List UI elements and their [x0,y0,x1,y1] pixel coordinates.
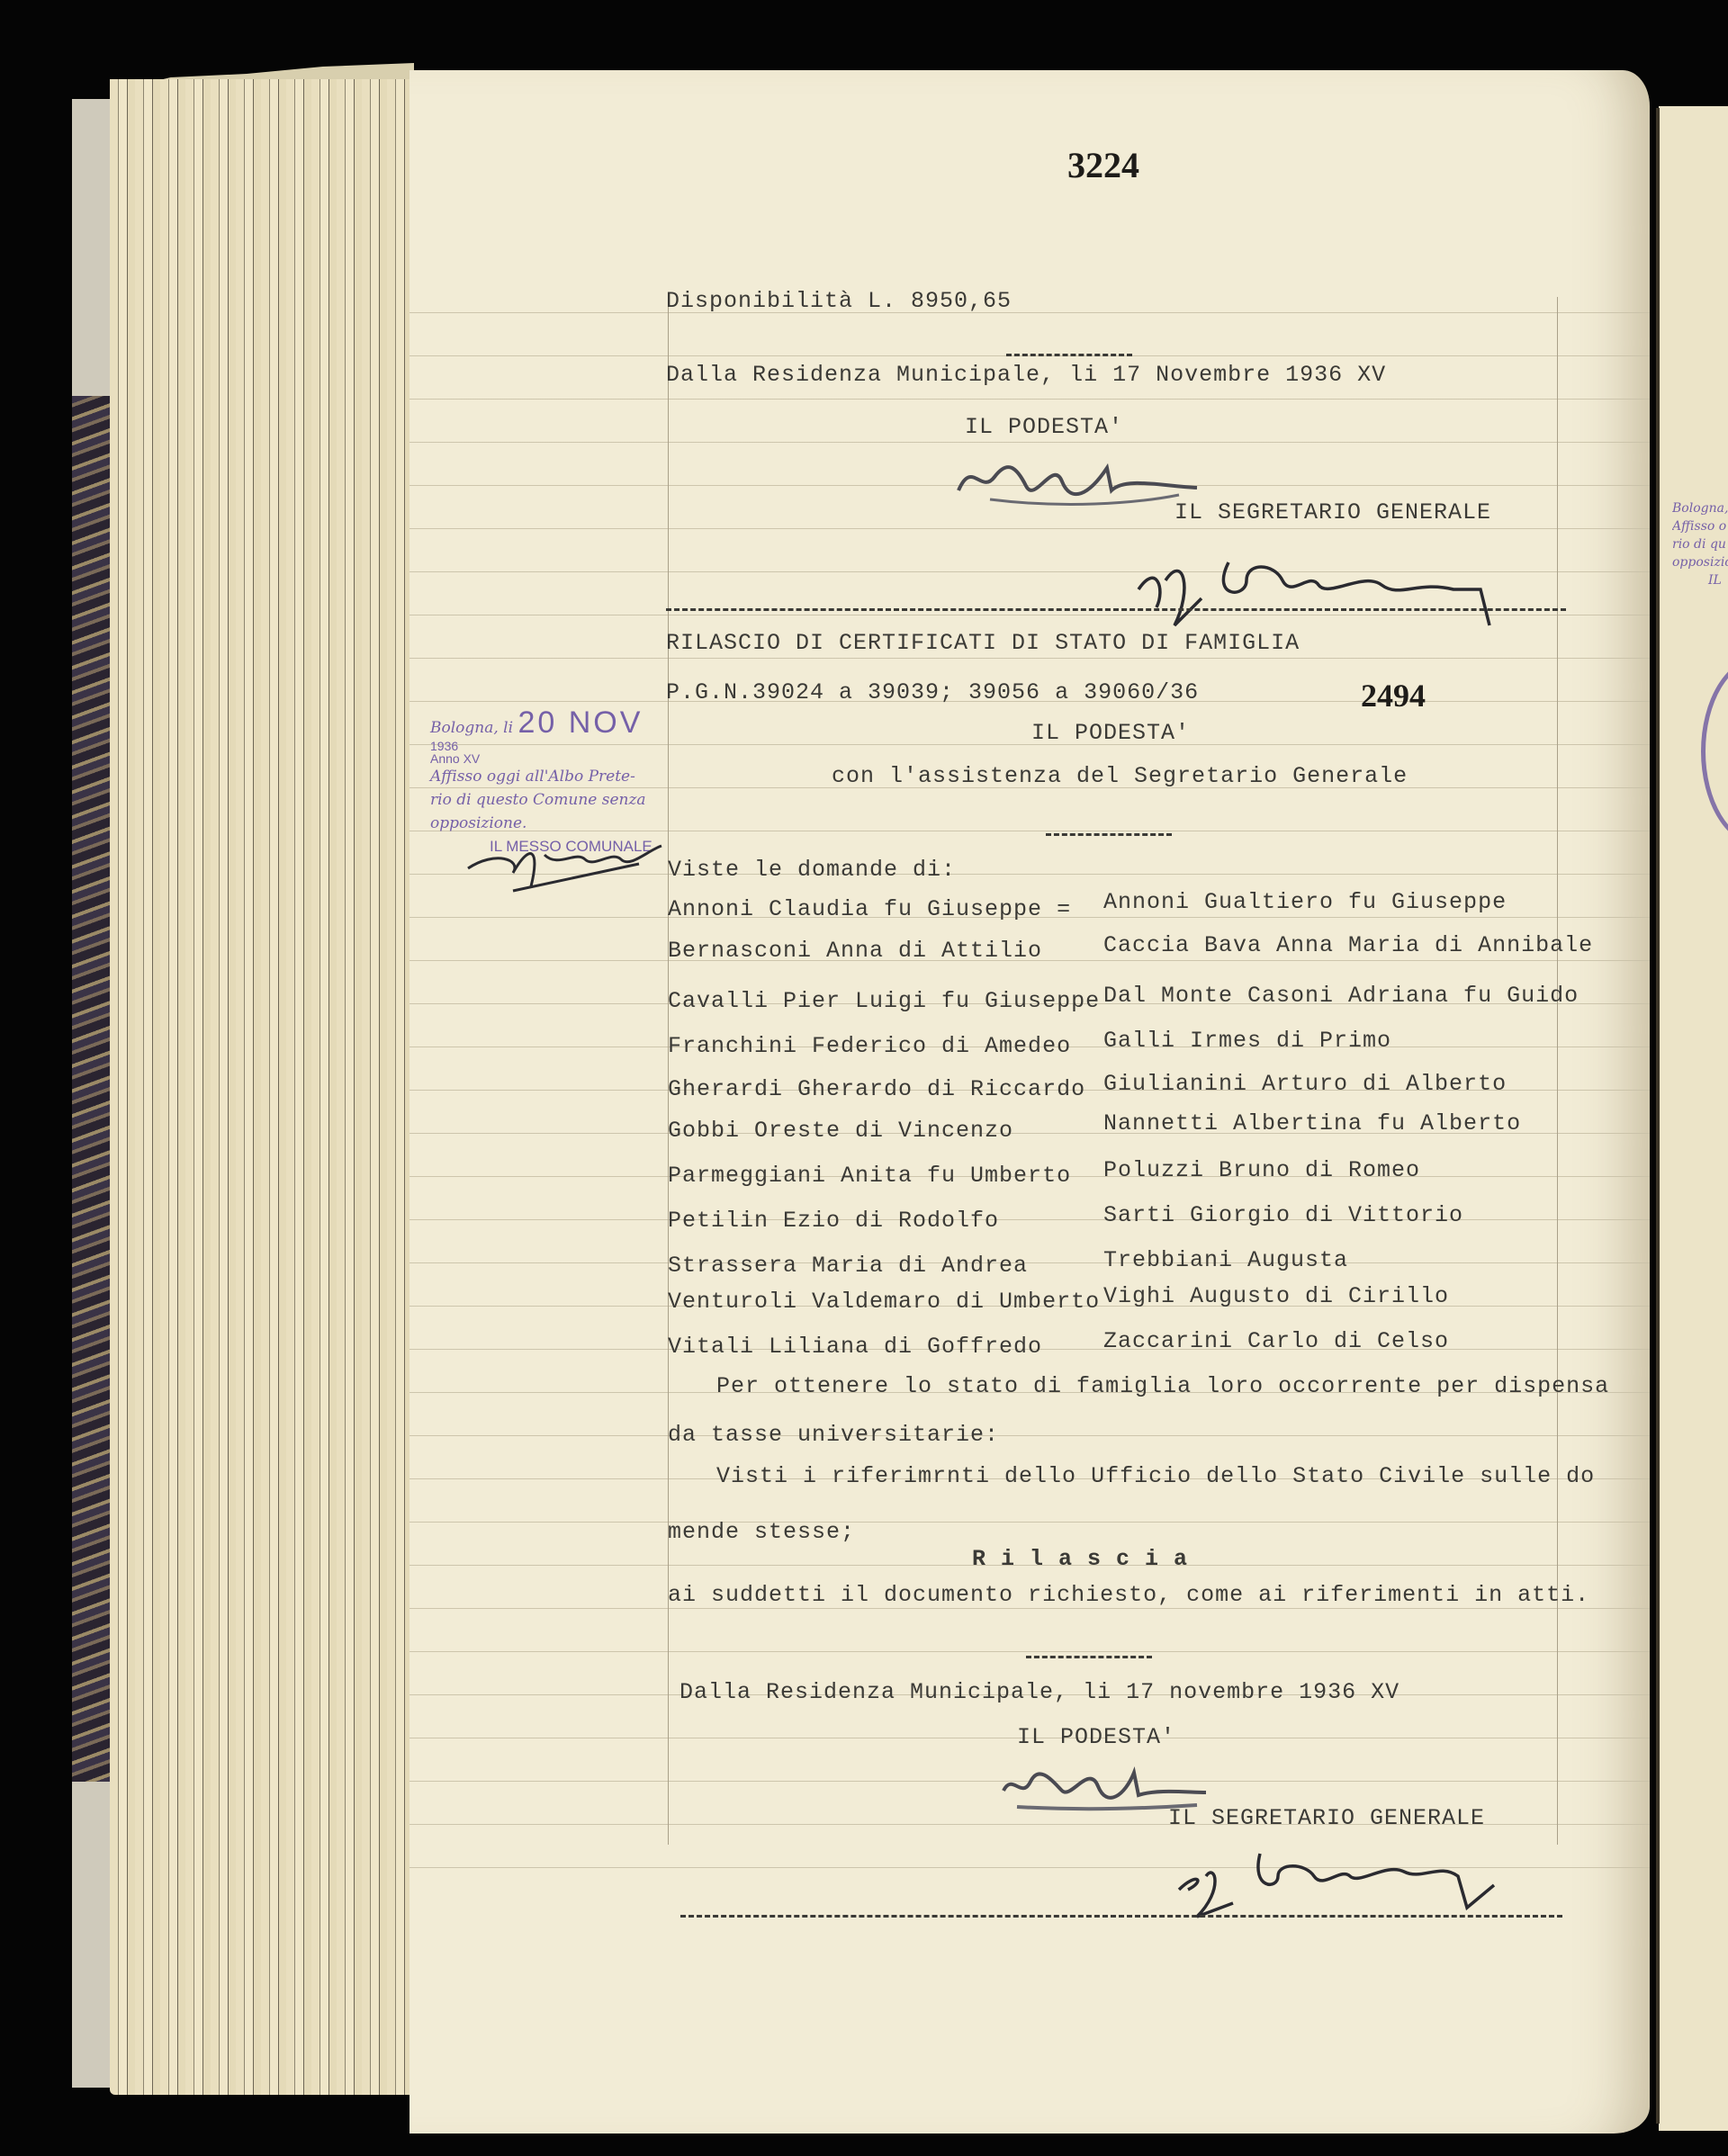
applicant-left: Gobbi Oreste di Vincenzo [668,1118,1013,1144]
applicant-right: Nannetti Albertina fu Alberto [1103,1110,1521,1136]
body-references-line-2: mende stesse; [668,1519,855,1545]
separator-dashes-2 [1046,833,1172,836]
separator-dashes [1006,354,1132,356]
facing-page-stamp: Bologna, Affisso o rio di qu opposizio I… [1672,499,1728,589]
closing-secretary-signature [1170,1836,1548,1926]
facing-stamp-line-2: Affisso o [1672,517,1728,535]
messenger-signature [459,832,675,895]
applicant-right: Annoni Gualtiero fu Giuseppe [1103,889,1507,915]
page-number: 3224 [1067,144,1139,186]
left-margin-rule [668,297,669,1845]
act-divider-dashes [666,608,1566,611]
applicant-left: Annoni Claudia fu Giuseppe = [668,896,1071,922]
right-margin-rule [1557,297,1558,1845]
secretary-signature [1129,535,1534,634]
prev-place-date: Dalla Residenza Municipale, li 17 Novemb… [666,362,1386,388]
stamp-date: 20 NOV [517,705,643,740]
page-stack [110,79,414,2095]
applicant-left: Franchini Federico di Amedeo [668,1033,1071,1059]
facing-stamp-line-3: rio di qu [1672,535,1728,553]
protocol-numbers: P.G.N.39024 a 39039; 39056 a 39060/36 [666,679,1199,705]
applicant-left: Venturoli Valdemaro di Umberto [668,1289,1100,1315]
applicant-left: Strassera Maria di Andrea [668,1253,1028,1279]
body-purpose-line-2: da tasse universitarie: [668,1422,999,1448]
closing-secretary-title: IL SEGRETARIO GENERALE [1168,1805,1485,1831]
applicant-left: Bernasconi Anna di Attilio [668,938,1042,964]
stamp-line-2: rio di questo Comune senza [430,788,664,812]
prev-secretary-title: IL SEGRETARIO GENERALE [1174,499,1491,526]
closing-place-date: Dalla Residenza Municipale, li 17 novemb… [679,1679,1399,1705]
facing-stamp-line-5: IL [1672,571,1728,589]
marbled-cover-edge [72,396,110,1782]
body-decision-line: ai suddetti il documento richiesto, come… [668,1582,1589,1608]
authority-title: IL PODESTA' [1031,720,1190,746]
applicant-right: Dal Monte Casoni Adriana fu Guido [1103,983,1579,1009]
applicant-left: Gherardi Gherardo di Riccardo [668,1076,1085,1102]
prev-podesta-title: IL PODESTA' [965,414,1123,440]
applicant-left: Cavalli Pier Luigi fu Giuseppe [668,988,1100,1014]
facing-stamp-line-1: Bologna, [1672,499,1728,517]
decision-word: R i l a s c i a [972,1546,1188,1572]
stamp-line-1: Affisso oggi all'Albo Prete- [430,765,664,788]
act-title: RILASCIO DI CERTIFICATI DI STATO DI FAMI… [666,630,1300,656]
applicant-left: Vitali Liliana di Goffredo [668,1334,1042,1360]
availability-line: Disponibilità L. 8950,65 [666,288,1012,314]
applicant-left: Petilin Ezio di Rodolfo [668,1208,999,1234]
podesta-signature [954,450,1206,513]
assistance-line: con l'assistenza del Segretario Generale [832,763,1408,789]
stamp-era: Anno XV [430,751,480,766]
closing-podesta-title: IL PODESTA' [1017,1724,1175,1750]
stamp-place: Bologna, li [430,719,513,737]
body-purpose-line-1: Per ottenere lo stato di famiglia loro o… [716,1373,1609,1399]
applicants-intro: Viste le domande di: [668,857,956,883]
separator-dashes-3 [1026,1656,1152,1658]
book-gutter [1656,108,1660,2124]
applicant-right: Zaccarini Carlo di Celso [1103,1328,1449,1354]
body-references-line-1: Visti i riferimrnti dello Ufficio dello … [716,1463,1595,1489]
applicant-right: Giulianini Arturo di Alberto [1103,1071,1507,1097]
applicant-right: Trebbiani Augusta [1103,1247,1348,1273]
applicant-right: Galli Irmes di Primo [1103,1028,1391,1054]
final-divider-dashes [680,1915,1562,1918]
applicant-right: Vighi Augusto di Cirillo [1103,1283,1449,1309]
act-number: 2494 [1361,677,1426,714]
facing-page [1659,106,1728,2131]
applicant-right: Poluzzi Bruno di Romeo [1103,1157,1420,1183]
applicant-right: Sarti Giorgio di Vittorio [1103,1202,1463,1228]
facing-stamp-line-4: opposizio [1672,553,1728,571]
applicant-right: Caccia Bava Anna Maria di Annibale [1103,932,1593,958]
applicant-left: Parmeggiani Anita fu Umberto [668,1163,1071,1189]
